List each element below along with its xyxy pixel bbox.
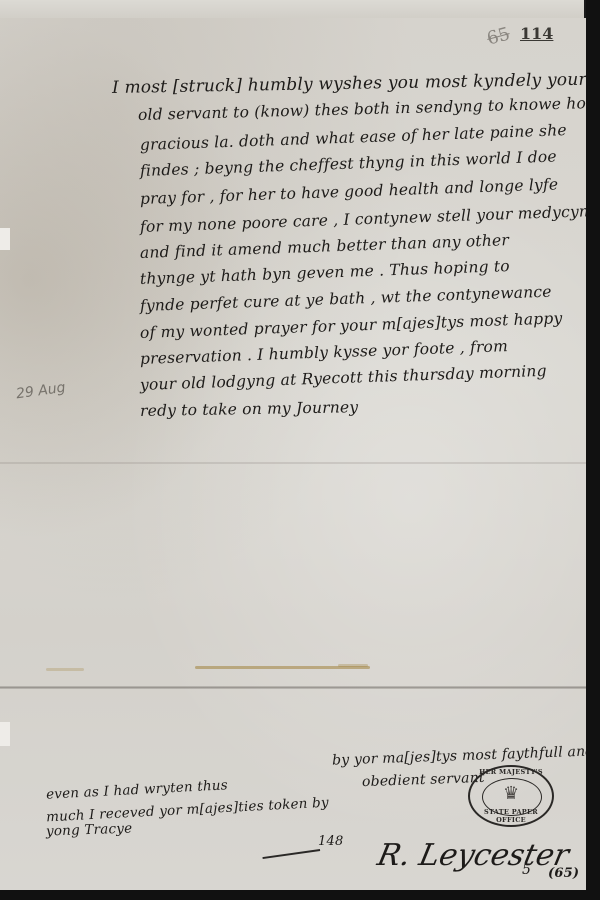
signature: R. Leycester [374, 838, 572, 873]
paper-fold-lower [0, 686, 586, 689]
state-paper-office-stamp: HER MAJESTY'S ♛ STATE PAPER OFFICE [468, 765, 554, 827]
scan-border-bottom [0, 890, 600, 900]
paper-tear [0, 722, 10, 746]
archive-number: 148 [318, 834, 343, 849]
signature-mark: 5 [522, 862, 531, 878]
postscript-line-3: yong Tracye [46, 820, 133, 839]
stamp-bottom-text: STATE PAPER OFFICE [470, 808, 552, 824]
letter-line-13: redy to take on my Journey [140, 398, 359, 420]
stamp-top-text: HER MAJESTY'S [470, 768, 552, 776]
corner-number: (65) [548, 866, 579, 881]
crown-icon: ♛ [503, 785, 519, 803]
stain-mark [46, 668, 84, 671]
stain-mark [338, 664, 368, 667]
folio-number: 114 [520, 24, 553, 43]
paper-tear [0, 228, 10, 250]
paper-fold-upper [0, 462, 586, 464]
scan-border-right [586, 0, 600, 900]
